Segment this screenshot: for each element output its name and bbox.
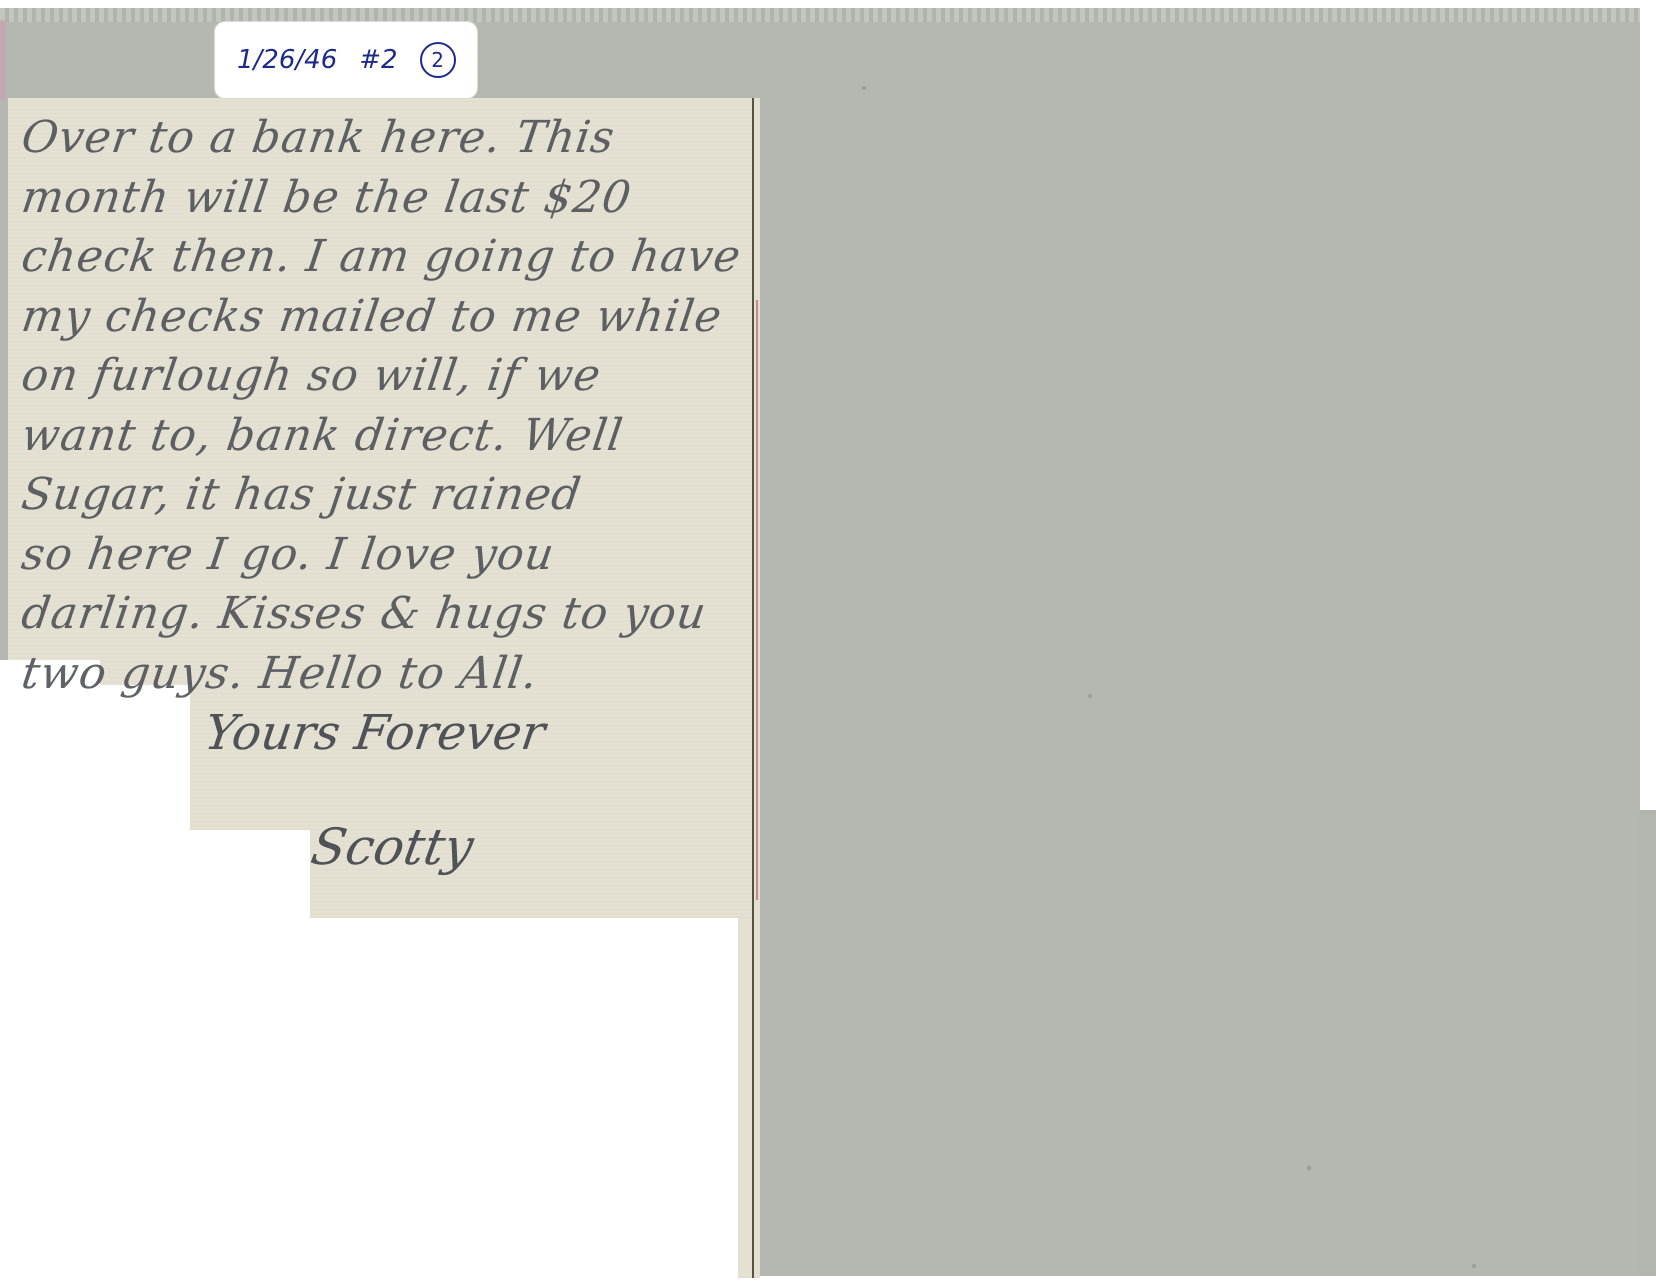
- letter-line: two guys. Hello to All.: [18, 644, 766, 704]
- dust-speck: [1088, 694, 1092, 698]
- letter-body: Over to a bank here. This month will be …: [22, 108, 762, 703]
- scan-cutout: [0, 918, 738, 1285]
- letter-signature: Scotty: [307, 818, 478, 876]
- dust-speck: [1307, 1166, 1311, 1170]
- dust-speck: [1472, 1264, 1476, 1268]
- letter-line: check then. I am going to have: [18, 227, 766, 287]
- letter-line: darling. Kisses & hugs to you: [18, 584, 766, 644]
- dust-speck: [862, 86, 866, 90]
- letter-paper-strip: [738, 918, 752, 1276]
- page-label-number: #2: [359, 45, 397, 75]
- perforated-edge: [0, 8, 1640, 22]
- letter-line: on furlough so will, if we: [18, 346, 766, 406]
- letter-line: so here I go. I love you: [18, 525, 766, 585]
- letter-line: Sugar, it has just rained: [18, 465, 766, 525]
- letter-line: want to, bank direct. Well: [18, 406, 766, 466]
- letter-line: Over to a bank here. This: [18, 108, 766, 168]
- letter-closing: Yours Forever: [201, 705, 548, 761]
- letter-line: month will be the last $20: [18, 168, 766, 228]
- backing-board-edge: [1638, 810, 1656, 1276]
- page-label-circled-page: 2: [420, 42, 456, 78]
- page-label-date: 1/26/46: [237, 45, 337, 75]
- letter-line: my checks mailed to me while: [18, 287, 766, 347]
- backing-board-tint: [0, 20, 6, 100]
- page-label-sticker: 1/26/46 #2 2: [215, 22, 477, 98]
